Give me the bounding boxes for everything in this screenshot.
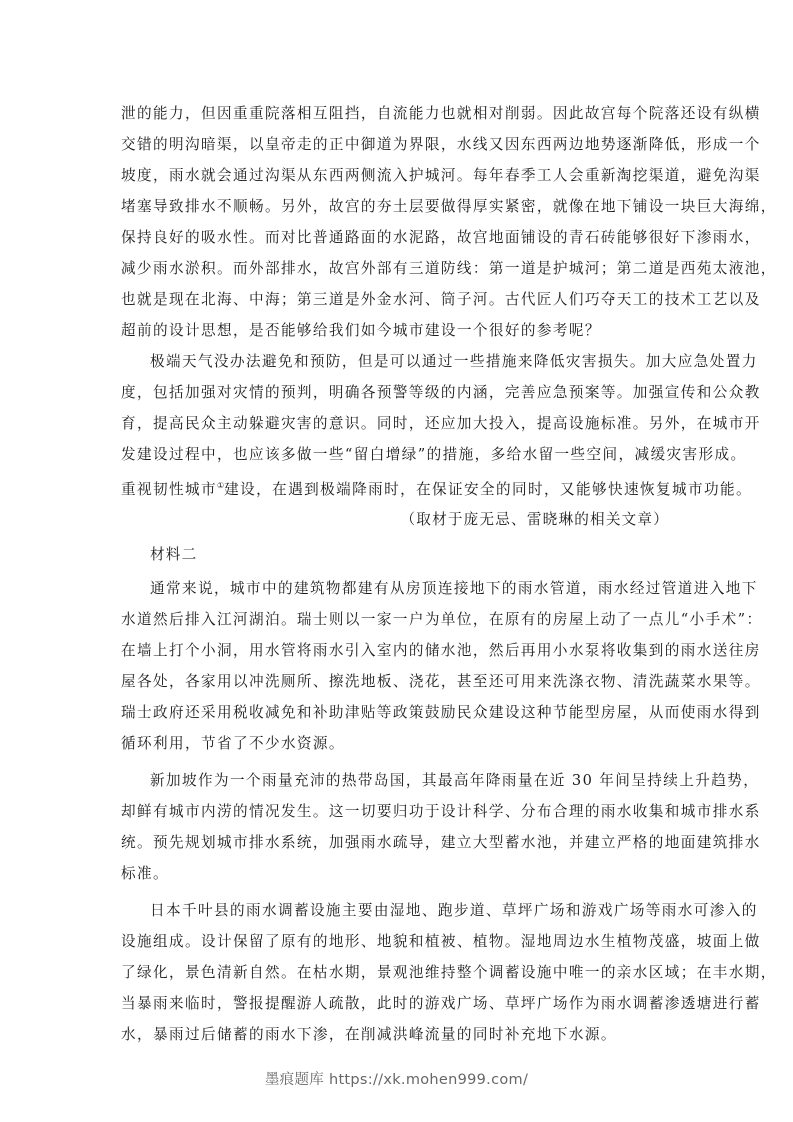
paragraph-palace-drainage: 泄的能力，但因重重院落相互阻挡，自流能力也就相对削弱。因此故宫每个院落还设有纵横… <box>121 98 673 346</box>
text-line: 在墙上打个小洞，用水管将雨水引入室内的储水池，然后再用小水泵将收集到的雨水送往房 <box>121 635 673 666</box>
text-line: 循环利用，节省了不少水资源。 <box>121 728 673 759</box>
text-line: 水，暴雨过后储蓄的雨水下渗，在削减洪峰流量的同时补充地下水源。 <box>121 1019 673 1050</box>
text-line: 统。预先规划城市排水系统，加强雨水疏导，建立大型蓄水池，并建立严格的地面建筑排水 <box>121 827 673 858</box>
text-line: 极端天气没办法避免和预防，但是可以通过一些措施来降低灾害损失。加大应急处置力 <box>121 346 673 377</box>
text-line: 通常来说，城市中的建筑物都建有从房顶连接地下的雨水管道，雨水经过管道进入地下 <box>121 573 673 604</box>
text-line: 屋各处，各家用以冲洗厕所、擦洗地板、浇花，甚至还可用来洗涤衣物、清洗蔬菜水果等。 <box>121 666 673 697</box>
text-line: 育，提高民众主动躲避灾害的意识。同时，还应加大投入，提高设施标准。另外，在城市开 <box>121 408 673 439</box>
text-line: 新加坡作为一个雨量充沛的热带岛国，其最高年降雨量在近 30 年间呈持续上升趋势， <box>121 765 673 796</box>
text-segment: 重视韧性城市 <box>121 481 217 498</box>
document-page: 泄的能力，但因重重院落相互阻挡，自流能力也就相对削弱。因此故宫每个院落还设有纵横… <box>121 98 673 1050</box>
text-line: 发建设过程中，也应该多做一些“留白增绿”的措施，多给水留一些空间，减缓灾害形成。 <box>121 439 673 470</box>
watermark-footer: 墨痕题库 https://xk.mohen999.com/ <box>0 1068 793 1089</box>
text-line: 标准。 <box>121 858 673 889</box>
text-line: 了绿化，景色清新自然。在枯水期，景观池维持整个调蓄设施中唯一的亲水区域；在丰水期… <box>121 957 673 988</box>
paragraph-extreme-weather: 极端天气没办法避免和预防，但是可以通过一些措施来降低灾害损失。加大应急处置力 度… <box>121 346 673 501</box>
paragraph-singapore: 新加坡作为一个雨量充沛的热带岛国，其最高年降雨量在近 30 年间呈持续上升趋势，… <box>121 765 673 889</box>
text-line: 堵塞导致排水不顺畅。另外，故宫的夯土层要做得厚实紧密，就像在地下铺设一块巨大海绵… <box>121 191 673 222</box>
text-line: 度，包括加强对灾情的预判，明确各预警等级的内涵，完善应急预案等。加强宣传和公众教 <box>121 377 673 408</box>
text-line: 日本千叶县的雨水调蓄设施主要由湿地、跑步道、草坪广场和游戏广场等雨水可渗入的 <box>121 895 673 926</box>
text-line: 保持良好的吸水性。而对比普通路面的水泥路，故宫地面铺设的青石砖能够很好下渗雨水， <box>121 222 673 253</box>
source-attribution: （取材于庞无忌、雷晓琳的相关文章） <box>121 504 673 535</box>
text-line: 水道然后排入江河湖泊。瑞士则以一家一户为单位，在原有的房屋上动了一点儿“小手术”… <box>121 604 673 635</box>
text-line: 当暴雨来临时，警报提醒游人疏散，此时的游戏广场、草坪广场作为雨水调蓄渗透塘进行蓄 <box>121 988 673 1019</box>
text-segment: 建设，在遇到极端降雨时，在保证安全的同时，又能够快速恢复城市功能。 <box>224 481 752 498</box>
text-line: 瑞士政府还采用税收减免和补助津贴等政策鼓励民众建设这种节能型房屋，从而使雨水得到 <box>121 697 673 728</box>
text-line: 交错的明沟暗渠，以皇帝走的正中御道为界限，水线又因东西两边地势逐渐降低，形成一个 <box>121 129 673 160</box>
text-line: 减少雨水淤积。而外部排水，故宫外部有三道防线：第一道是护城河；第二道是西苑太液池… <box>121 253 673 284</box>
text-line: 却鲜有城市内涝的情况发生。这一切要归功于设计科学、分布合理的雨水收集和城市排水系 <box>121 796 673 827</box>
text-line: 设施组成。设计保留了原有的地形、地貌和植被、植物。湿地周边水生植物茂盛，坡面上做 <box>121 926 673 957</box>
text-line: 坡度，雨水就会通过沟渠从东西两侧流入护城河。每年春季工人会重新淘挖渠道，避免沟渠 <box>121 160 673 191</box>
text-line: 超前的设计思想，是否能够给我们如今城市建设一个很好的参考呢？ <box>121 315 673 346</box>
text-line: 也就是现在北海、中海；第三道是外金水河、筒子河。古代匠人们巧夺天工的技术工艺以及 <box>121 284 673 315</box>
paragraph-chiba-japan: 日本千叶县的雨水调蓄设施主要由湿地、跑步道、草坪广场和游戏广场等雨水可渗入的 设… <box>121 895 673 1050</box>
text-line: 泄的能力，但因重重院落相互阻挡，自流能力也就相对削弱。因此故宫每个院落还设有纵横 <box>121 98 673 129</box>
section-heading-material-two: 材料二 <box>121 539 673 570</box>
text-line-with-footnote: 重视韧性城市①建设，在遇到极端降雨时，在保证安全的同时，又能够快速恢复城市功能。 <box>121 470 673 501</box>
paragraph-switzerland: 通常来说，城市中的建筑物都建有从房顶连接地下的雨水管道，雨水经过管道进入地下 水… <box>121 573 673 759</box>
